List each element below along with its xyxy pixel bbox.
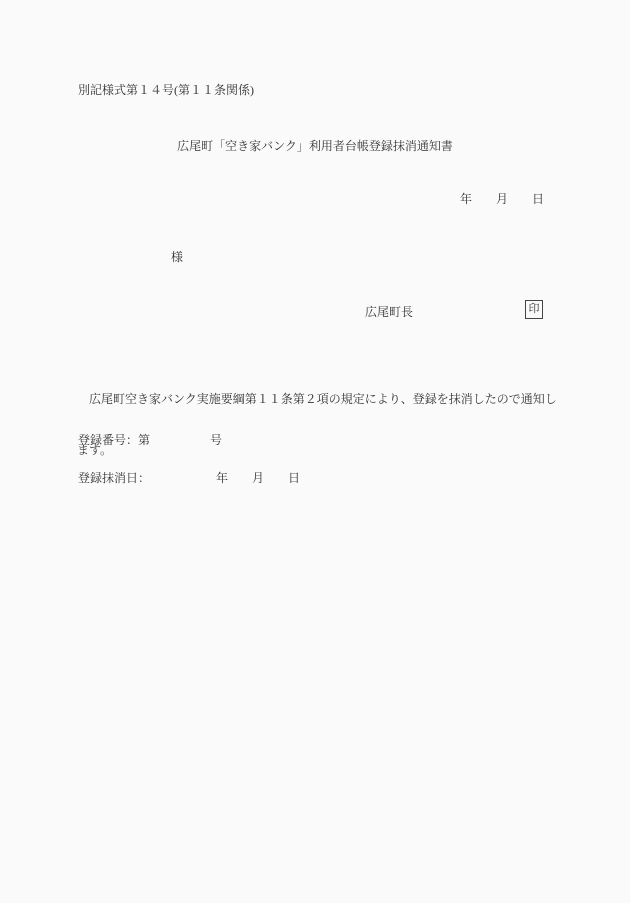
deletion-date-field: 登録抹消日： 年 月 日 <box>78 471 300 485</box>
sender-title: 広尾町長 <box>365 305 413 319</box>
addressee-suffix: 様 <box>171 250 183 264</box>
date-field: 年 月 日 <box>460 192 544 206</box>
document-page: 別記様式第１４号(第１１条関係) 広尾町「空き家バンク」利用者台帳登録抹消通知書… <box>0 0 630 903</box>
body-line-1: 広尾町空き家バンク実施要綱第１１条第２項の規定により、登録を抹消したので通知し <box>77 388 567 411</box>
registration-number-field: 登録番号：第 号 <box>78 433 222 447</box>
seal-box: 印 <box>525 300 543 319</box>
seal-character: 印 <box>529 303 540 315</box>
form-number: 別記様式第１４号(第１１条関係) <box>78 83 254 97</box>
document-title: 広尾町「空き家バンク」利用者台帳登録抹消通知書 <box>0 139 630 153</box>
